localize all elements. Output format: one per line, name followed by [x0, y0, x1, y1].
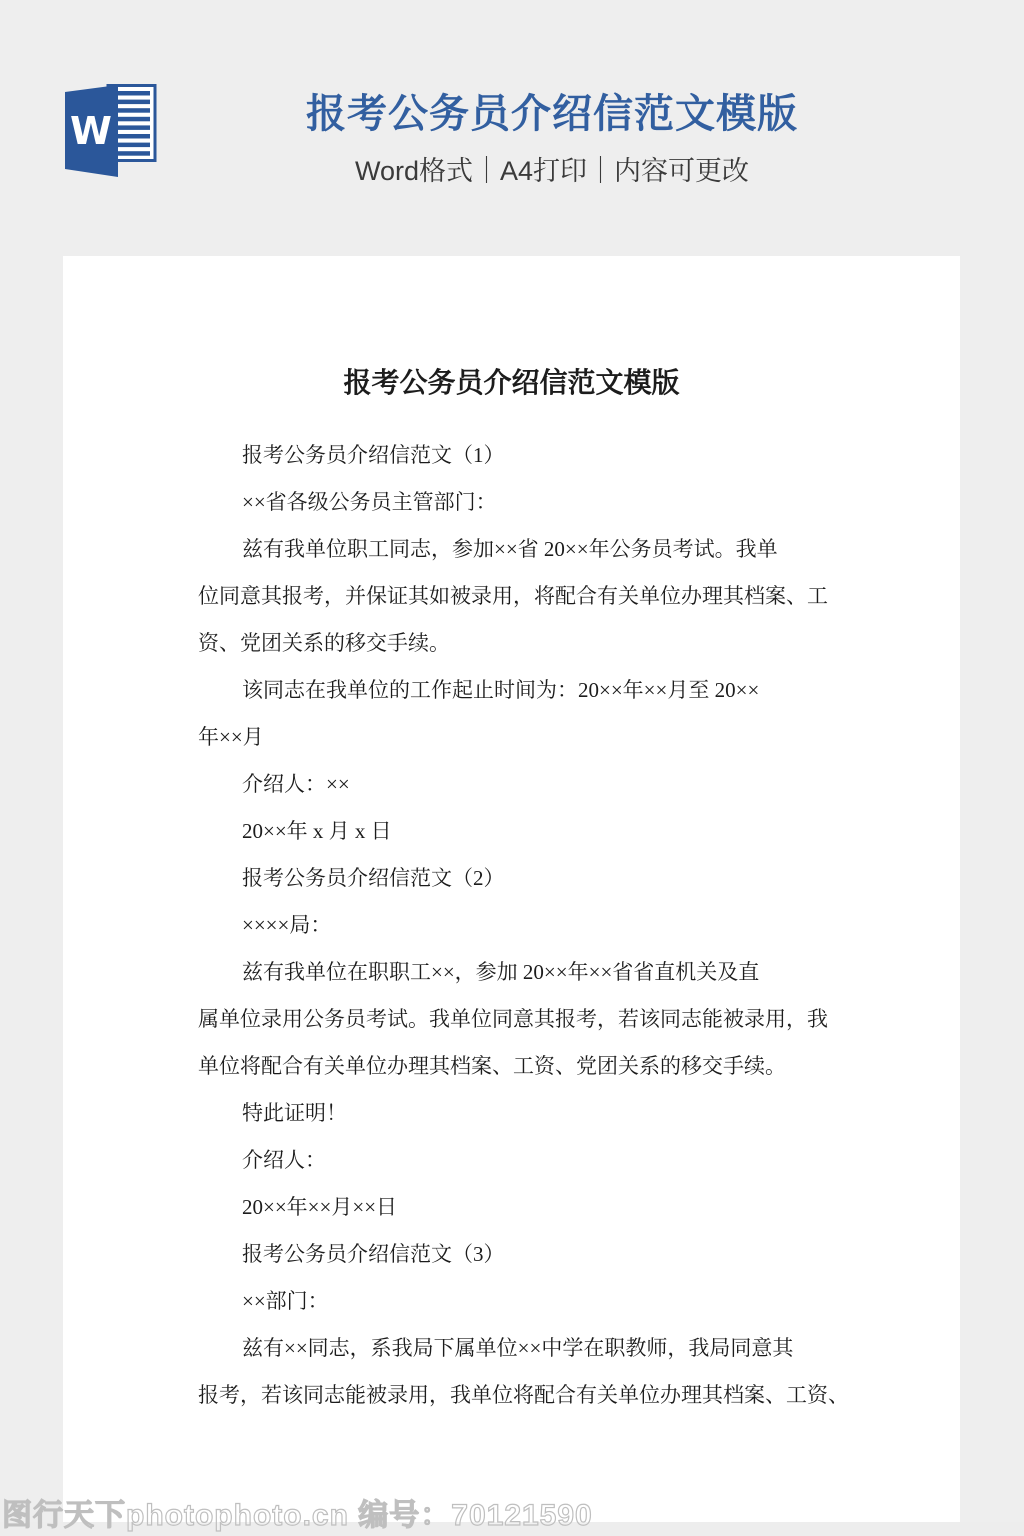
document-line: 20××年 x 月 x 日: [198, 808, 838, 855]
header-banner: W 报考公务员介绍信范文模版 Word格式｜A4打印｜内容可更改: [0, 0, 1024, 256]
document-line: 年××月: [198, 714, 838, 761]
document-line: 资、党团关系的移交手续。: [198, 620, 838, 667]
document-line: 位同意其报考，并保证其如被录用，将配合有关单位办理其档案、工: [198, 573, 838, 620]
document-line: 20××年××月××日: [198, 1184, 838, 1231]
header-text-block: 报考公务员介绍信范文模版 Word格式｜A4打印｜内容可更改: [80, 0, 1024, 188]
document-line: ××××局：: [198, 902, 838, 949]
document-line: 介绍人：××: [198, 761, 838, 808]
document-line: 报考公务员介绍信范文（2）: [198, 855, 838, 902]
document-body: 报考公务员介绍信范文（1）××省各级公务员主管部门：兹有我单位职工同志，参加××…: [198, 432, 838, 1419]
document-line: 兹有××同志，系我局下属单位××中学在职教师，我局同意其: [198, 1325, 838, 1372]
document-line: 兹有我单位职工同志，参加××省 20××年公务员考试。我单: [198, 526, 838, 573]
document-line: 单位将配合有关单位办理其档案、工资、党团关系的移交手续。: [198, 1043, 838, 1090]
document-title: 报考公务员介绍信范文模版: [198, 364, 825, 404]
watermark-text: 图行天下photophoto.cn 编号：70121590: [2, 1490, 593, 1534]
document-line: 介绍人：: [198, 1137, 838, 1184]
document-line: 特此证明！: [198, 1090, 838, 1137]
document-page: 报考公务员介绍信范文模版 报考公务员介绍信范文（1）××省各级公务员主管部门：兹…: [63, 256, 960, 1522]
document-line: 报考公务员介绍信范文（3）: [198, 1231, 838, 1278]
document-line: ××部门：: [198, 1278, 838, 1325]
template-title: 报考公务员介绍信范文模版: [80, 90, 1024, 138]
document-line: 报考公务员介绍信范文（1）: [198, 432, 838, 479]
document-line: 报考，若该同志能被录用，我单位将配合有关单位办理其档案、工资、: [198, 1372, 838, 1419]
template-subtitle: Word格式｜A4打印｜内容可更改: [80, 154, 1024, 188]
document-line: 兹有我单位在职职工××，参加 20××年××省省直机关及直: [198, 949, 838, 996]
document-line: ××省各级公务员主管部门：: [198, 479, 838, 526]
document-line: 属单位录用公务员考试。我单位同意其报考，若该同志能被录用，我: [198, 996, 838, 1043]
document-line: 该同志在我单位的工作起止时间为：20××年××月至 20××: [198, 667, 838, 714]
